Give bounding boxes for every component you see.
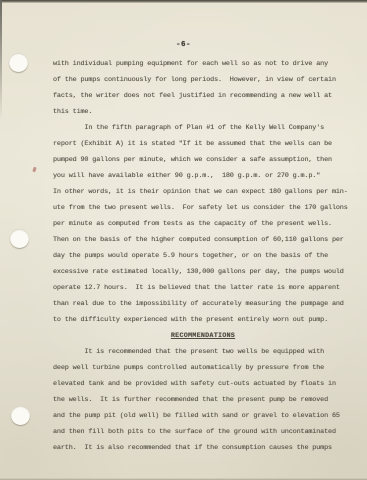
text-line: In other words, it is their opinion that… <box>53 184 353 200</box>
text-line: ute from the two present wells. For safe… <box>53 200 353 216</box>
text-line: of the pumps continuously for long perio… <box>53 72 353 88</box>
page-top-edge <box>0 0 367 3</box>
text-line: per minute as computed from tests as the… <box>53 216 353 232</box>
text-line: report (Exhibit A) it is stated "If it b… <box>53 136 353 152</box>
text-line: Then on the basis of the higher computed… <box>53 232 353 248</box>
text-line: this time. <box>53 104 353 120</box>
hole-punch <box>10 229 29 248</box>
text-line: and then fill both pits to the surface o… <box>53 424 353 440</box>
text-line: you will have available either 90 g.p.m.… <box>53 168 353 184</box>
ink-speck <box>32 167 37 173</box>
recommendations-heading: RECOMMENDATIONS <box>53 328 353 344</box>
text-line: pumped 90 gallons per minute, which we c… <box>53 152 353 168</box>
text-line: facts, the writer does not feel justifie… <box>53 88 353 104</box>
text-line: than real due to the impossibility of ac… <box>53 296 353 312</box>
hole-punch <box>9 53 28 72</box>
paragraphs-before-heading: with individual pumping equipment for ea… <box>53 56 353 328</box>
typewritten-text-block: with individual pumping equipment for ea… <box>53 56 353 456</box>
paragraphs-after-heading: It is recommended that the present two w… <box>53 344 353 456</box>
text-line: deep well turbine pumps controlled autom… <box>53 360 353 376</box>
text-line: day the pumps would operate 5.9 hours to… <box>53 248 353 264</box>
text-line: and the pump pit (old well) be filled wi… <box>53 408 353 424</box>
text-line: excessive rate estimated locally, 130,00… <box>53 264 353 280</box>
text-line: operate 12.7 hours. It is believed that … <box>53 280 353 296</box>
hole-punch <box>11 406 30 425</box>
text-line: to the difficulty experienced with the p… <box>53 312 353 328</box>
text-line: elevated tank and be provided with safet… <box>53 376 353 392</box>
text-line: earth. It is also recommended that if th… <box>53 440 353 456</box>
text-line: It is recommended that the present two w… <box>53 344 353 360</box>
text-line: with individual pumping equipment for ea… <box>53 56 353 72</box>
scanned-document-page: -6- with individual pumping equipment fo… <box>0 0 367 480</box>
text-line: In the fifth paragraph of Plan #1 of the… <box>53 120 353 136</box>
page-left-edge <box>0 0 2 120</box>
text-line: the wells. It is further recommended tha… <box>53 392 353 408</box>
page-number: -6- <box>0 41 367 49</box>
